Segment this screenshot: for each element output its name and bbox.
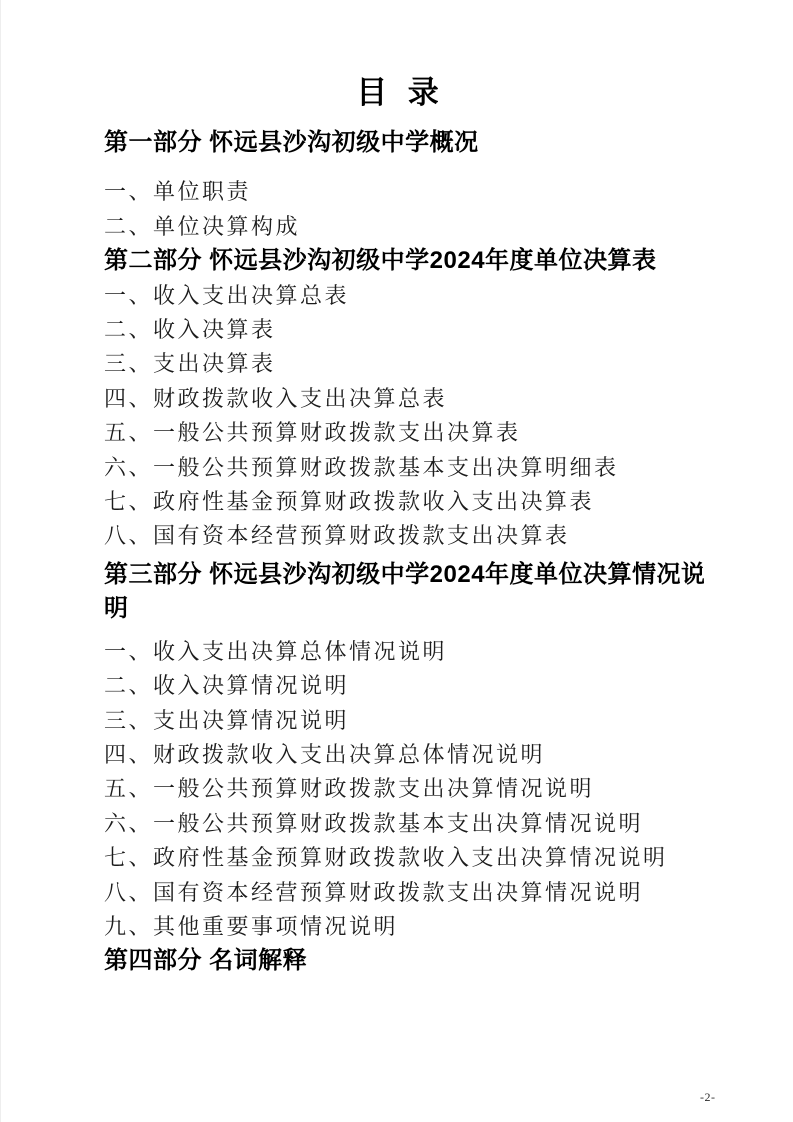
toc-item: 七、政府性基金预算财政拨款收入支出决算情况说明 [104, 841, 704, 875]
toc-item: 八、国有资本经营预算财政拨款支出决算表 [104, 519, 704, 553]
toc-item: 二、单位决算构成 [104, 210, 704, 244]
toc-item: 二、收入决算情况说明 [104, 669, 704, 703]
toc-item: 一、收入支出决算总表 [104, 279, 704, 313]
toc-section-4-heading: 第四部分 名词解释 [104, 944, 704, 978]
toc-item: 七、政府性基金预算财政拨款收入支出决算表 [104, 485, 704, 519]
document-page: { "page": { "title": "目 录", "page_number… [0, 0, 793, 1122]
toc-item: 一、单位职责 [104, 175, 704, 209]
toc-section-2-heading: 第二部分 怀远县沙沟初级中学2024年度单位决算表 [104, 244, 704, 278]
page-title: 目 录 [1, 74, 793, 112]
page-number: -2- [700, 1090, 716, 1105]
toc-item: 四、财政拨款收入支出决算总表 [104, 382, 704, 416]
toc-section-3-heading-line2: 明 [104, 592, 704, 626]
toc-item: 六、一般公共预算财政拨款基本支出决算明细表 [104, 451, 704, 485]
toc-item: 六、一般公共预算财政拨款基本支出决算情况说明 [104, 807, 704, 841]
table-of-contents: 第一部分 怀远县沙沟初级中学概况 一、单位职责 二、单位决算构成 第二部分 怀远… [104, 126, 704, 979]
toc-item: 三、支出决算表 [104, 347, 704, 381]
toc-item: 二、收入决算表 [104, 313, 704, 347]
toc-section-3-heading-line1: 第三部分 怀远县沙沟初级中学2024年度单位决算情况说 [104, 558, 704, 592]
toc-section-1-heading: 第一部分 怀远县沙沟初级中学概况 [104, 126, 704, 160]
toc-item: 一、收入支出决算总体情况说明 [104, 635, 704, 669]
toc-item: 四、财政拨款收入支出决算总体情况说明 [104, 738, 704, 772]
toc-item: 九、其他重要事项情况说明 [104, 910, 704, 944]
toc-item: 八、国有资本经营预算财政拨款支出决算情况说明 [104, 876, 704, 910]
toc-item: 五、一般公共预算财政拨款支出决算情况说明 [104, 772, 704, 806]
toc-item: 五、一般公共预算财政拨款支出决算表 [104, 416, 704, 450]
toc-item: 三、支出决算情况说明 [104, 704, 704, 738]
